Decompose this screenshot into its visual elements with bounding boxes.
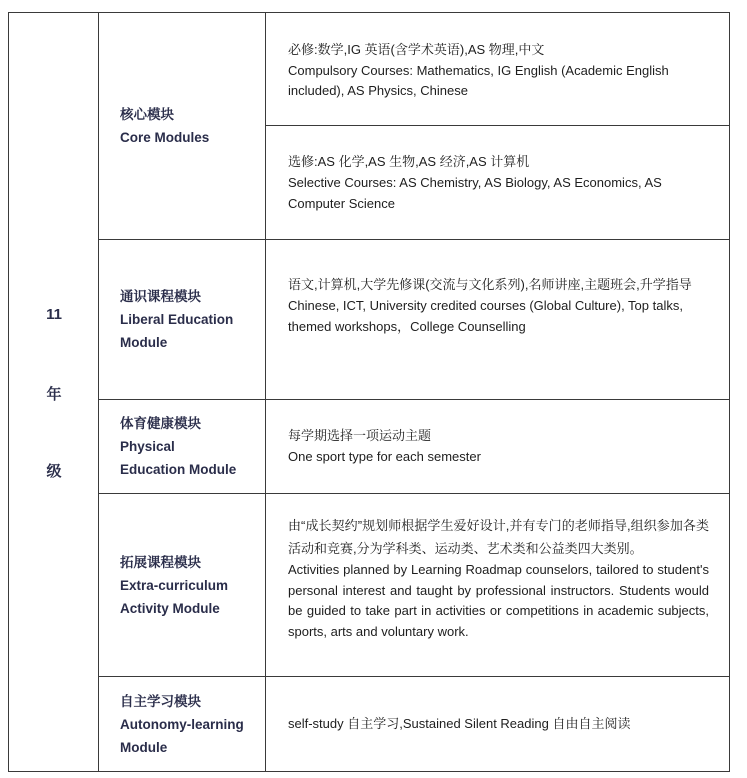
module-title-en: Extra-curriculum bbox=[120, 574, 265, 597]
module-liberal: 通识课程模块 Liberal Education Module bbox=[99, 240, 266, 400]
module-title-zh: 拓展课程模块 bbox=[120, 551, 265, 574]
module-title-zh: 通识课程模块 bbox=[120, 285, 265, 308]
module-physical: 体育健康模块 Physical Education Module bbox=[99, 400, 266, 494]
physical-zh: 每学期选择一项运动主题 bbox=[288, 425, 709, 447]
core-compulsory-zh: 必修:数学,IG 英语(含学术英语),AS 物理,中文 bbox=[288, 39, 709, 61]
module-title-zh: 自主学习模块 bbox=[120, 690, 265, 713]
grade-char-ji: 级 bbox=[9, 460, 99, 481]
module-title-en: Physical bbox=[120, 435, 265, 458]
liberal-en: Chinese, ICT, University credited course… bbox=[288, 296, 709, 337]
core-selective-cell: 选修:AS 化学,AS 生物,AS 经济,AS 计算机 Selective Co… bbox=[266, 126, 729, 240]
core-selective-en: Selective Courses: AS Chemistry, AS Biol… bbox=[288, 173, 709, 214]
core-compulsory-cell: 必修:数学,IG 英语(含学术英语),AS 物理,中文 Compulsory C… bbox=[266, 13, 729, 126]
module-core: 核心模块 Core Modules bbox=[99, 13, 266, 240]
module-title-en-2: Module bbox=[120, 736, 265, 759]
module-title-zh: 体育健康模块 bbox=[120, 412, 265, 435]
module-title-en-2: Activity Module bbox=[120, 597, 265, 620]
module-extra-curriculum: 拓展课程模块 Extra-curriculum Activity Module bbox=[99, 494, 266, 677]
physical-en: One sport type for each semester bbox=[288, 447, 709, 468]
autonomy-content-cell: self-study 自主学习,Sustained Silent Reading… bbox=[266, 677, 729, 771]
module-title-en: Autonomy-learning bbox=[120, 713, 265, 736]
module-title-en-2: Module bbox=[120, 331, 265, 354]
core-selective-zh: 选修:AS 化学,AS 生物,AS 经济,AS 计算机 bbox=[288, 151, 709, 173]
liberal-zh: 语文,计算机,大学先修课(交流与文化系列),名师讲座,主题班会,升学指导 bbox=[288, 274, 709, 296]
extra-content-cell: 由“成长契约”规划师根据学生爱好设计,并有专门的老师指导,组织参加各类活动和竞赛… bbox=[266, 494, 729, 677]
module-autonomy: 自主学习模块 Autonomy-learning Module bbox=[99, 677, 266, 771]
core-compulsory-en: Compulsory Courses: Mathematics, IG Engl… bbox=[288, 61, 709, 102]
extra-en: Activities planned by Learning Roadmap c… bbox=[288, 560, 709, 642]
module-title-en: Liberal Education bbox=[120, 308, 265, 331]
physical-content-cell: 每学期选择一项运动主题 One sport type for each seme… bbox=[266, 400, 729, 494]
extra-zh: 由“成长契约”规划师根据学生爱好设计,并有专门的老师指导,组织参加各类活动和竞赛… bbox=[288, 514, 709, 560]
module-title-en-2: Education Module bbox=[120, 458, 265, 481]
module-title-zh: 核心模块 bbox=[120, 103, 265, 126]
curriculum-table: 11 年 级 核心模块 Core Modules 必修:数学,IG 英语(含学术… bbox=[8, 12, 730, 772]
module-title-en: Core Modules bbox=[120, 126, 265, 149]
autonomy-text: self-study 自主学习,Sustained Silent Reading… bbox=[288, 714, 709, 735]
grade-cell: 11 年 级 bbox=[9, 13, 99, 771]
grade-char-nian: 年 bbox=[9, 383, 99, 404]
liberal-content-cell: 语文,计算机,大学先修课(交流与文化系列),名师讲座,主题班会,升学指导 Chi… bbox=[266, 240, 729, 400]
grade-number: 11 bbox=[9, 306, 99, 323]
